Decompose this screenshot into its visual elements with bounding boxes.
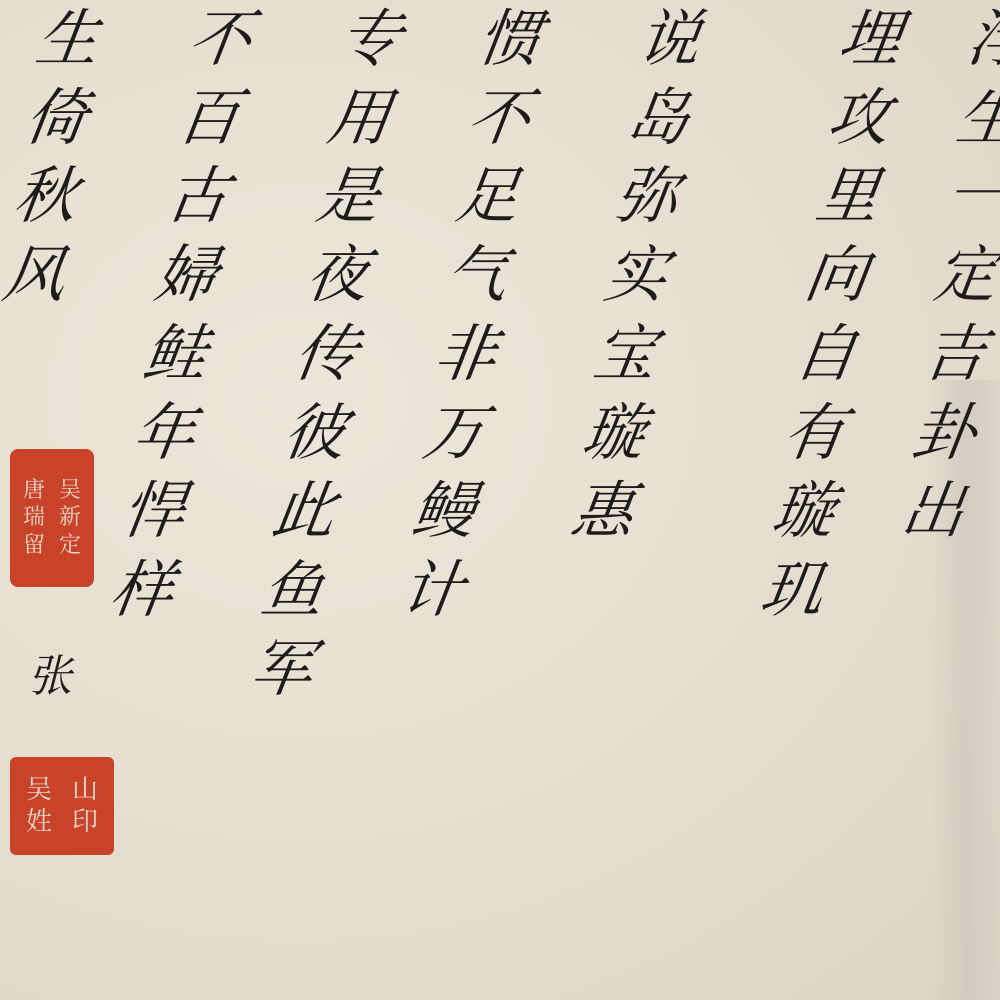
calligraphy-column-7: 生倚秋风 <box>20 0 82 315</box>
signature: 张 <box>28 640 72 704</box>
red-seal-upper: 唐吴 瑞新 留定 <box>10 449 94 587</box>
calligraphy-column-2: 埋攻里向自有璇玑 <box>800 0 862 630</box>
calligraphy-column-1: 浮生一定吉卦出 <box>935 0 1000 551</box>
red-seal-lower: 吴山 姓印 <box>10 757 114 855</box>
calligraphy-column-4: 惯不足气非万鳗计 <box>440 0 502 630</box>
calligraphy-column-5: 专用是夜传彼此鱼军 <box>295 0 357 709</box>
calligraphy-column-3: 说岛弥实宝璇惠 <box>605 0 667 551</box>
calligraphy-column-6: 不百古婦 鲑年悍样 <box>150 0 212 630</box>
